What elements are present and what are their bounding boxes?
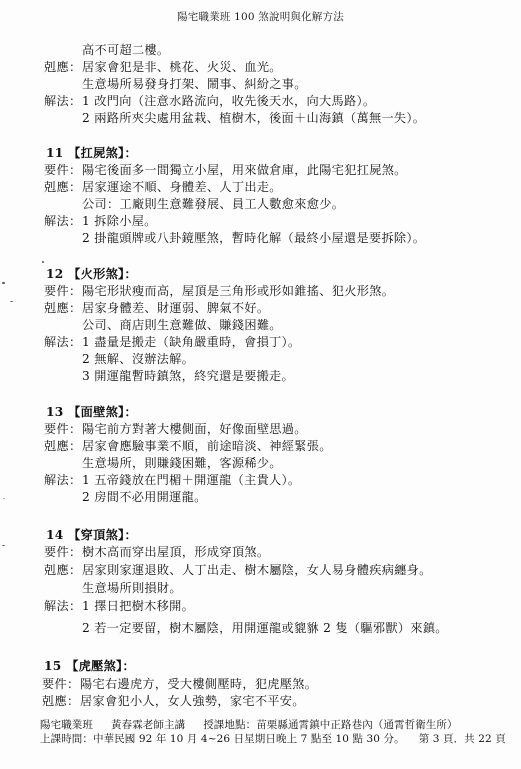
doc-line: 2 兩路所夾尖處用盆栽、植樹木，後面＋山海鎮（萬無一失）。 [44, 110, 425, 126]
doc-line: 2 掛龍頭牌或八卦鏡壓煞，暫時化解（最終小屋還是要拆除）。 [44, 230, 425, 246]
line-text: 2 若一定要留，樹木屬陰，用開運龍或貔貅 2 隻（驅邪獸）來鎮。 [82, 621, 448, 635]
footer-class-name: 陽宅職業班 [40, 719, 93, 731]
line-text: 2 無解、沒辦法解。 [82, 352, 194, 366]
doc-line: 2 無解、沒辦法解。 [44, 351, 194, 367]
line-text: 2 掛龍頭牌或八卦鏡壓煞，暫時化解（最終小屋還是要拆除）。 [82, 231, 425, 245]
line-label: 剋應： [42, 693, 80, 709]
doc-line: 2 房間不必用開運龍。 [44, 489, 207, 505]
footer-location: 授課地點：苗栗縣通霄鎮中正路巷內（通霄哲衛生所） [203, 719, 457, 731]
doc-line: 解法：1 拆除小屋。 [44, 213, 157, 229]
line-text: 1 拆除小屋。 [82, 214, 157, 228]
section-name: 【穿頂煞】： [68, 528, 137, 542]
doc-line: 3 開運龍暫時鎮煞，終究還是要搬走。 [44, 368, 294, 384]
doc-line: 剋應：居家則家運退敗、人丁出走、樹木屬陰，女人易身體疾病纏身。 [44, 562, 432, 578]
scan-speck [3, 498, 5, 499]
section-heading: 12 【火形煞】： [46, 266, 137, 282]
section-number: 15 [44, 659, 62, 673]
doc-line: 2 若一定要留，樹木屬陰，用開運龍或貔貅 2 隻（驅邪獸）來鎮。 [44, 620, 448, 636]
scan-speck [2, 545, 5, 546]
line-text: 1 改門向（注意水路流向，收先後天水，向大馬路）。 [82, 94, 375, 108]
section-number: 12 [46, 267, 64, 281]
section-heading: 15 【虎壓煞】： [44, 658, 135, 674]
line-text: 生意場所易發身打架、鬧事、糾紛之事。 [82, 77, 307, 91]
line-label: 解法： [44, 472, 82, 488]
doc-line: 生意場所，則賺錢困難，客源稀少。 [44, 455, 282, 471]
line-text: 3 開運龍暫時鎮煞，終究還是要搬走。 [82, 369, 294, 383]
line-label: 要件： [44, 283, 82, 299]
scan-speck [2, 282, 5, 284]
doc-line: 剋應：居家身體差、財運弱、脾氣不好。 [44, 300, 269, 316]
line-text: 樹木高而穿出屋頂，形成穿頂煞。 [82, 545, 269, 559]
line-text: 陽宅右邊虎方，受大樓側壓時，犯虎壓煞。 [80, 677, 317, 691]
line-text: 公司：工廠則生意難發展、員工人數愈來愈少。 [82, 197, 344, 211]
scan-speck [42, 261, 44, 263]
doc-line: 剋應：居家會犯小人，女人強勢，家宅不平安。 [42, 693, 305, 709]
line-text: 陽宅形狀瘦而高，屋頂是三角形或形如錐搖、犯火形煞。 [82, 284, 394, 298]
scan-speck [10, 301, 13, 302]
line-text: 居家則家運退敗、人丁出走、樹木屬陰，女人易身體疾病纏身。 [82, 563, 432, 577]
doc-line: 高不可超二樓。 [44, 42, 169, 58]
line-label: 解法： [44, 213, 82, 229]
line-label: 剋應： [44, 179, 82, 195]
line-label: 解法： [44, 93, 82, 109]
section-number: 14 [46, 528, 64, 542]
footer-teacher: 黃春霖老師主講 [111, 719, 185, 731]
doc-line: 剋應：居家會應驗事業不順，前途暗淡、神經緊張。 [44, 438, 332, 454]
doc-line: 公司：工廠則生意難發展、員工人數愈來愈少。 [44, 196, 344, 212]
doc-line: 公司、商店則生意難做、賺錢困難。 [44, 317, 282, 333]
section-name: 【面壁煞】： [68, 405, 137, 419]
line-label: 剋應： [44, 59, 82, 75]
section-number: 13 [46, 405, 64, 419]
line-text: 1 五帝錢放在門楣＋開運龍（主貴人）。 [82, 473, 300, 487]
line-text: 居家會犯是非、桃花、火災、血光。 [82, 60, 282, 74]
line-label: 要件： [42, 676, 80, 692]
line-text: 生意場所，則賺錢困難，客源稀少。 [82, 456, 282, 470]
doc-line: 要件：陽宅後面多一間獨立小屋，用來做倉庫，此陽宅犯扛屍煞。 [44, 162, 407, 178]
doc-line: 要件：樹木高而穿出屋頂，形成穿頂煞。 [44, 544, 269, 560]
line-text: 生意場所則損財。 [82, 581, 182, 595]
line-text: 居家會應驗事業不順，前途暗淡、神經緊張。 [82, 439, 332, 453]
doc-line: 解法：1 改門向（注意水路流向，收先後天水，向大馬路）。 [44, 93, 375, 109]
doc-line: 要件：陽宅形狀瘦而高，屋頂是三角形或形如錐搖、犯火形煞。 [44, 283, 394, 299]
line-label: 要件： [44, 421, 82, 437]
section-heading: 13 【面壁煞】： [46, 404, 137, 420]
page-number: 第 3 頁．共 22 頁 [419, 733, 506, 745]
line-text: 公司、商店則生意難做、賺錢困難。 [82, 318, 282, 332]
footer-line-2: 上課時間：中華民國 92 年 10 月 4~26 日星期日晚上 7 點至 10 … [40, 733, 506, 746]
doc-line: 剋應：居家運途不順、身體差、人丁出走。 [44, 179, 282, 195]
doc-line: 剋應：居家會犯是非、桃花、火災、血光。 [44, 59, 282, 75]
doc-line: 解法：1 五帝錢放在門楣＋開運龍（主貴人）。 [44, 472, 300, 488]
doc-line: 要件：陽宅右邊虎方，受大樓側壓時，犯虎壓煞。 [42, 676, 317, 692]
section-number: 11 [46, 146, 64, 160]
doc-line: 解法：1 擇日把樹木移開。 [44, 598, 194, 614]
footer-schedule: 上課時間：中華民國 92 年 10 月 4~26 日星期日晚上 7 點至 10 … [40, 733, 405, 745]
footer-line-1: 陽宅職業班黃春霖老師主講授課地點：苗栗縣通霄鎮中正路巷內（通霄哲衛生所） [40, 719, 458, 732]
line-label: 剋應： [44, 300, 82, 316]
line-text: 1 擇日把樹木移開。 [82, 599, 194, 613]
document-title: 陽宅職業班 100 煞說明與化解方法 [0, 9, 521, 24]
document-page: 陽宅職業班 100 煞說明與化解方法 高不可超二樓。 剋應：居家會犯是非、桃花、… [0, 0, 521, 769]
line-text: 居家身體差、財運弱、脾氣不好。 [82, 301, 269, 315]
line-text: 居家運途不順、身體差、人丁出走。 [82, 180, 282, 194]
doc-line: 生意場所易發身打架、鬧事、糾紛之事。 [44, 76, 307, 92]
line-text: 高不可超二樓。 [82, 43, 169, 57]
line-label: 剋應： [44, 562, 82, 578]
doc-line: 解法：1 盡量是搬走（缺角嚴重時，會損丁）。 [44, 334, 300, 350]
line-label: 解法： [44, 334, 82, 350]
line-text: 居家會犯小人，女人強勢，家宅不平安。 [80, 694, 305, 708]
section-name: 【扛屍煞】： [68, 146, 137, 160]
section-heading: 11 【扛屍煞】： [46, 145, 137, 161]
line-text: 陽宅前方對著大樓側面，好像面壁思過。 [82, 422, 307, 436]
line-text: 1 盡量是搬走（缺角嚴重時，會損丁）。 [82, 335, 300, 349]
line-label: 要件： [44, 162, 82, 178]
line-label: 解法： [44, 598, 82, 614]
section-name: 【虎壓煞】： [66, 659, 135, 673]
line-text: 2 兩路所夾尖處用盆栽、植樹木，後面＋山海鎮（萬無一失）。 [82, 111, 425, 125]
line-text: 陽宅後面多一間獨立小屋，用來做倉庫，此陽宅犯扛屍煞。 [82, 163, 407, 177]
line-label: 剋應： [44, 438, 82, 454]
line-text: 2 房間不必用開運龍。 [82, 490, 207, 504]
doc-line: 生意場所則損財。 [44, 580, 182, 596]
section-name: 【火形煞】： [68, 267, 137, 281]
section-heading: 14 【穿頂煞】： [46, 527, 137, 543]
doc-line: 要件：陽宅前方對著大樓側面，好像面壁思過。 [44, 421, 307, 437]
line-label: 要件： [44, 544, 82, 560]
